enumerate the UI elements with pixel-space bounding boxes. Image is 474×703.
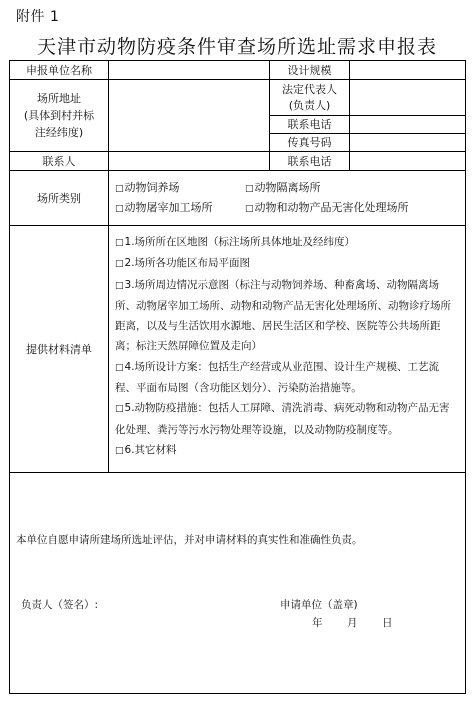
legal-representative-label: 法定代表人 (负责人)	[269, 79, 350, 116]
category-option-livestock-farm[interactable]: □动物饲养场	[115, 179, 245, 198]
legal-representative-label-line2: (负责人)	[289, 98, 331, 114]
fax-field[interactable]	[349, 133, 466, 152]
material-item-5[interactable]: □5.动物防疫措施：包括人工屏障、清洗消毒、病死动物和动物产品无害化处理、粪污等…	[115, 398, 457, 440]
site-address-label: 场所地址 (具体到村并标 注经纬度)	[9, 79, 109, 152]
checkbox-icon[interactable]: □	[115, 281, 124, 291]
site-address-field[interactable]	[108, 79, 270, 152]
checkbox-icon[interactable]: □	[115, 446, 124, 456]
page-title: 天津市动物防疫条件审查场所选址需求申报表	[0, 32, 474, 59]
checkbox-icon[interactable]: □	[115, 259, 124, 269]
material-item-1[interactable]: □1.场所所在区地图（标注场所具体地址及经纬度）	[115, 232, 457, 253]
declaration-statement: 本单位自愿申请所建场所选址评估，并对申请材料的真实性和准确性负责。	[16, 532, 363, 549]
attachment-label: 附件 1	[16, 6, 59, 26]
material-item-3[interactable]: □3.场所周边情况示意图（标注与动物饲养场、种畜禽场、动物隔离场所、动物屠宰加工…	[115, 275, 457, 357]
category-option-isolation-site[interactable]: □动物隔离场所	[245, 179, 409, 198]
contact-person-label: 联系人	[9, 151, 109, 171]
phone-label: 联系电话	[269, 115, 350, 134]
materials-list-label: 提供材料清单	[9, 225, 109, 473]
month-label: 月	[347, 615, 358, 632]
checkbox-icon[interactable]: □	[115, 363, 124, 373]
legal-representative-field[interactable]	[349, 79, 466, 116]
site-address-label-line2: (具体到村并标	[24, 107, 94, 124]
legal-representative-label-line1: 法定代表人	[282, 82, 337, 98]
fax-label: 传真号码	[269, 133, 350, 152]
material-item-6[interactable]: □6.其它材料	[115, 440, 457, 461]
site-category-label: 场所类别	[9, 170, 109, 226]
checkbox-icon[interactable]: □	[245, 184, 254, 194]
contact-phone-field[interactable]	[349, 151, 466, 171]
seal-label: 申请单位（盖章)	[280, 597, 358, 614]
signer-label: 负责人（签名）:	[21, 597, 98, 614]
applicant-name-field[interactable]	[108, 60, 270, 80]
day-label: 日	[382, 615, 393, 632]
category-option-slaughter-site[interactable]: □动物屠宰加工场所	[115, 199, 245, 218]
design-scale-field[interactable]	[349, 60, 466, 80]
checkbox-icon[interactable]: □	[245, 204, 254, 214]
phone-field[interactable]	[349, 115, 466, 134]
material-item-2[interactable]: □2.场所各功能区布局平面图	[115, 253, 457, 274]
material-item-4[interactable]: □4.场所设计方案：包括生产经营或从业范围、设计生产规模、工艺流程、平面布局图（…	[115, 357, 457, 399]
site-address-label-line3: 注经纬度)	[35, 124, 83, 141]
site-category-options: □动物饲养场 □动物隔离场所 □动物屠宰加工场所 □动物和动物产品无害化处理场所	[108, 170, 466, 226]
checkbox-icon[interactable]: □	[115, 184, 124, 194]
materials-list: □1.场所所在区地图（标注场所具体地址及经纬度） □2.场所各功能区布局平面图 …	[108, 225, 466, 473]
checkbox-icon[interactable]: □	[115, 204, 124, 214]
category-option-harmless-treatment-site[interactable]: □动物和动物产品无害化处理场所	[245, 199, 409, 218]
contact-person-field[interactable]	[108, 151, 270, 171]
design-scale-label: 设计规模	[269, 60, 350, 80]
contact-phone-label: 联系电话	[269, 151, 350, 171]
checkbox-icon[interactable]: □	[115, 404, 124, 414]
year-label: 年	[312, 615, 323, 632]
applicant-name-label: 申报单位名称	[9, 60, 109, 80]
site-address-label-line1: 场所地址	[37, 90, 81, 107]
declaration-section: 本单位自愿申请所建场所选址评估，并对申请材料的真实性和准确性负责。 负责人（签名…	[9, 472, 466, 694]
checkbox-icon[interactable]: □	[115, 238, 124, 248]
